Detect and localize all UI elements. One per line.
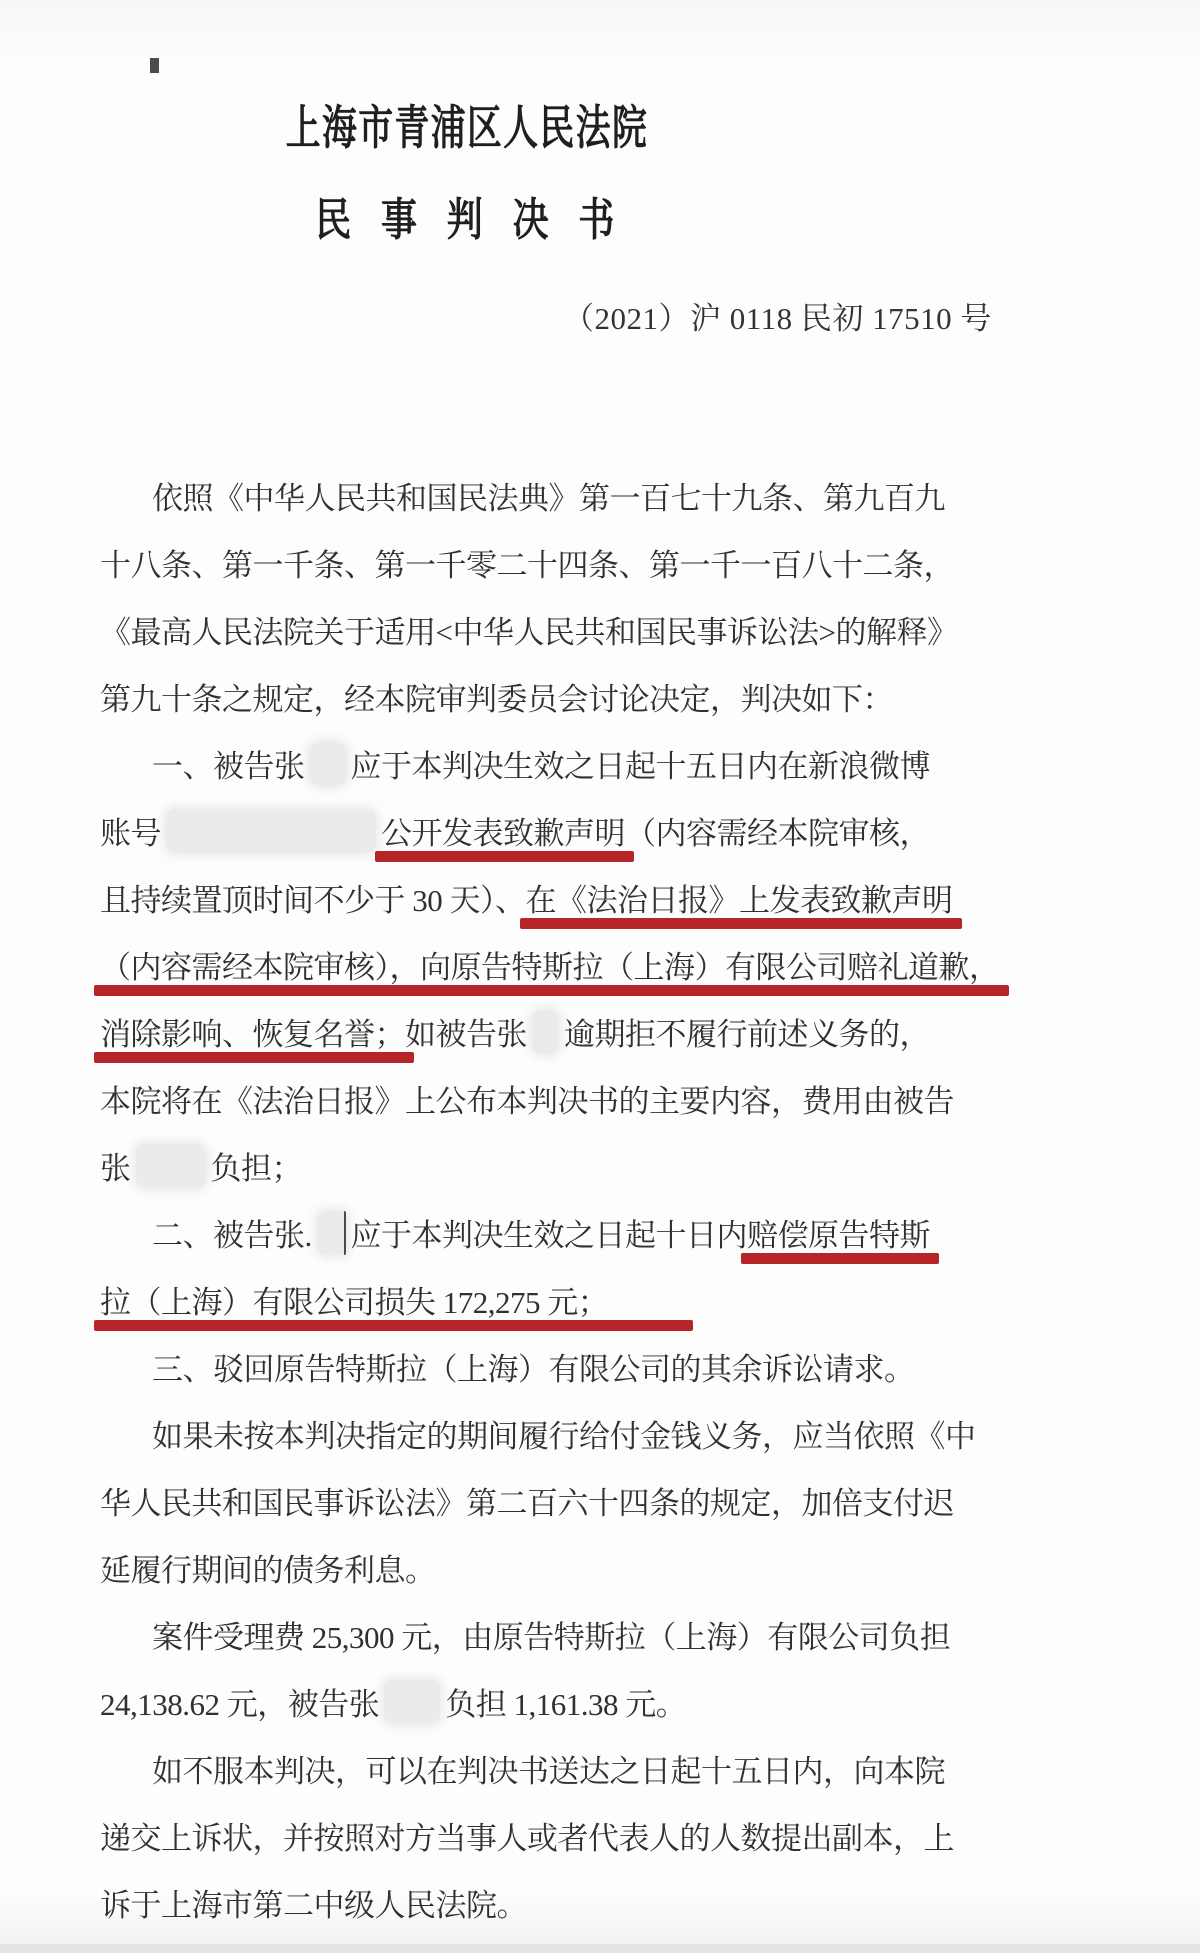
judgment-line: 华人民共和国民事诉讼法》第二百六十四条的规定，加倍支付迟 <box>100 1467 930 1534</box>
document-type-title: 民 事 判 决 书 <box>315 196 625 246</box>
underlined-text: 拉（上海）有限公司损失 172,275 元； <box>100 1277 608 1322</box>
text-segment: 如不服本判决，可以在判决书送达之日起十五日内，向本院 <box>152 1746 945 1791</box>
text-segment: 案件受理费 25,300 元，由原告特斯拉（上海）有限公司负担 <box>152 1612 950 1657</box>
court-name-title: 上海市青浦区人民法院 <box>286 104 649 156</box>
redacted-text-patch <box>317 1211 346 1255</box>
text-segment: 第九十条之规定，经本院审判委员会讨论决定，判决如下： <box>100 674 893 719</box>
text-segment: 张 <box>100 1143 131 1188</box>
judgment-line: 第九十条之规定，经本院审判委员会讨论决定，判决如下： <box>100 663 930 730</box>
text-segment: 二、被告张. <box>152 1210 312 1255</box>
judgment-document-page: 上海市青浦区人民法院 民 事 判 决 书 （2021）沪 0118 民初 175… <box>0 0 1200 1953</box>
text-segment: 十八条、第一千条、第一千零二十四条、第一千一百八十二条， <box>100 540 954 585</box>
redacted-text-patch <box>136 1144 206 1188</box>
text-segment: 《最高人民法院关于适用<中华人民共和国民事诉讼法>的解释》 <box>100 607 957 652</box>
text-segment: 如被告张 <box>405 1009 527 1054</box>
text-segment: 一、被告张 <box>152 741 305 786</box>
text-segment: 延履行期间的债务利息。 <box>100 1545 436 1590</box>
text-segment: 负担； <box>211 1143 303 1188</box>
text-segment: 应于本判决生效之日起十日内 <box>351 1210 748 1255</box>
text-segment: 逾期拒不履行前述义务的， <box>564 1009 930 1054</box>
judgment-line: 账号公开发表致歉声明（内容需经本院审核， <box>100 797 930 864</box>
text-segment: 三、驳回原告特斯拉（上海）有限公司的其余诉讼请求。 <box>152 1344 915 1389</box>
judgment-line: 二、被告张.应于本判决生效之日起十日内赔偿原告特斯 <box>100 1199 930 1266</box>
text-segment: 诉于上海市第二中级人民法院。 <box>100 1880 527 1925</box>
judgment-line: 且持续置顶时间不少于 30 天）、在《法治日报》上发表致歉声明 <box>100 864 930 931</box>
underlined-text: （内容需经本院审核），向原告特斯拉（上海）有限公司赔礼道歉， <box>100 942 1000 987</box>
redacted-text-patch <box>166 809 376 853</box>
judgment-line: 拉（上海）有限公司损失 172,275 元； <box>100 1266 930 1333</box>
underlined-text: 消除影响、恢复名誉； <box>100 1009 405 1054</box>
judgment-body: 依照《中华人民共和国民法典》第一百七十九条、第九百九十八条、第一千条、第一千零二… <box>100 462 930 1936</box>
text-segment: 应于本判决生效之日起十五日内在新浪微博 <box>351 741 931 786</box>
judgment-line: 案件受理费 25,300 元，由原告特斯拉（上海）有限公司负担 <box>100 1601 930 1668</box>
judgment-line: 十八条、第一千条、第一千零二十四条、第一千一百八十二条， <box>100 529 930 596</box>
text-segment: 华人民共和国民事诉讼法》第二百六十四条的规定，加倍支付迟 <box>100 1478 954 1523</box>
judgment-line: 依照《中华人民共和国民法典》第一百七十九条、第九百九 <box>100 462 930 529</box>
text-segment: 依照《中华人民共和国民法典》第一百七十九条、第九百九 <box>152 473 945 518</box>
underlined-text: 赔偿原告特斯 <box>747 1210 930 1255</box>
judgment-line: 诉于上海市第二中级人民法院。 <box>100 1869 930 1936</box>
judgment-line: 一、被告张应于本判决生效之日起十五日内在新浪微博 <box>100 730 930 797</box>
text-segment: 如果未按本判决指定的期间履行给付金钱义务，应当依照《中 <box>152 1411 976 1456</box>
text-segment: 且持续置顶时间不少于 30 天）、 <box>100 875 526 920</box>
judgment-line: 三、驳回原告特斯拉（上海）有限公司的其余诉讼请求。 <box>100 1333 930 1400</box>
scan-artifact <box>150 58 159 73</box>
redacted-text-patch <box>310 742 346 786</box>
underlined-text: 公开发表致歉声明 <box>381 808 625 853</box>
text-segment: 本院将在《法治日报》上公布本判决书的主要内容，费用由被告 <box>100 1076 954 1121</box>
judgment-line: 延履行期间的债务利息。 <box>100 1534 930 1601</box>
judgment-line: 本院将在《法治日报》上公布本判决书的主要内容，费用由被告 <box>100 1065 930 1132</box>
text-segment: 递交上诉状，并按照对方当事人或者代表人的人数提出副本，上 <box>100 1813 954 1858</box>
scan-bottom-edge <box>0 1944 1200 1953</box>
judgment-line: 《最高人民法院关于适用<中华人民共和国民事诉讼法>的解释》 <box>100 596 930 663</box>
judgment-line: 消除影响、恢复名誉；如被告张逾期拒不履行前述义务的， <box>100 998 930 1065</box>
redacted-text-patch <box>532 1010 559 1054</box>
underlined-text: 在《法治日报》上发表致歉声明 <box>526 875 953 920</box>
judgment-line: 张负担； <box>100 1132 930 1199</box>
judgment-line: 递交上诉状，并按照对方当事人或者代表人的人数提出副本，上 <box>100 1802 930 1869</box>
judgment-line: （内容需经本院审核），向原告特斯拉（上海）有限公司赔礼道歉， <box>100 931 930 998</box>
text-segment: 账号 <box>100 808 161 853</box>
text-segment: 24,138.62 元，被告张 <box>100 1679 379 1724</box>
redacted-text-patch <box>384 1680 440 1724</box>
judgment-line: 如不服本判决，可以在判决书送达之日起十五日内，向本院 <box>100 1735 930 1802</box>
text-segment: （内容需经本院审核， <box>625 808 930 853</box>
judgment-line: 如果未按本判决指定的期间履行给付金钱义务，应当依照《中 <box>100 1400 930 1467</box>
case-number: （2021）沪 0118 民初 17510 号 <box>563 293 992 338</box>
text-segment: 负担 1,161.38 元。 <box>445 1679 686 1724</box>
judgment-line: 24,138.62 元，被告张负担 1,161.38 元。 <box>100 1668 930 1735</box>
